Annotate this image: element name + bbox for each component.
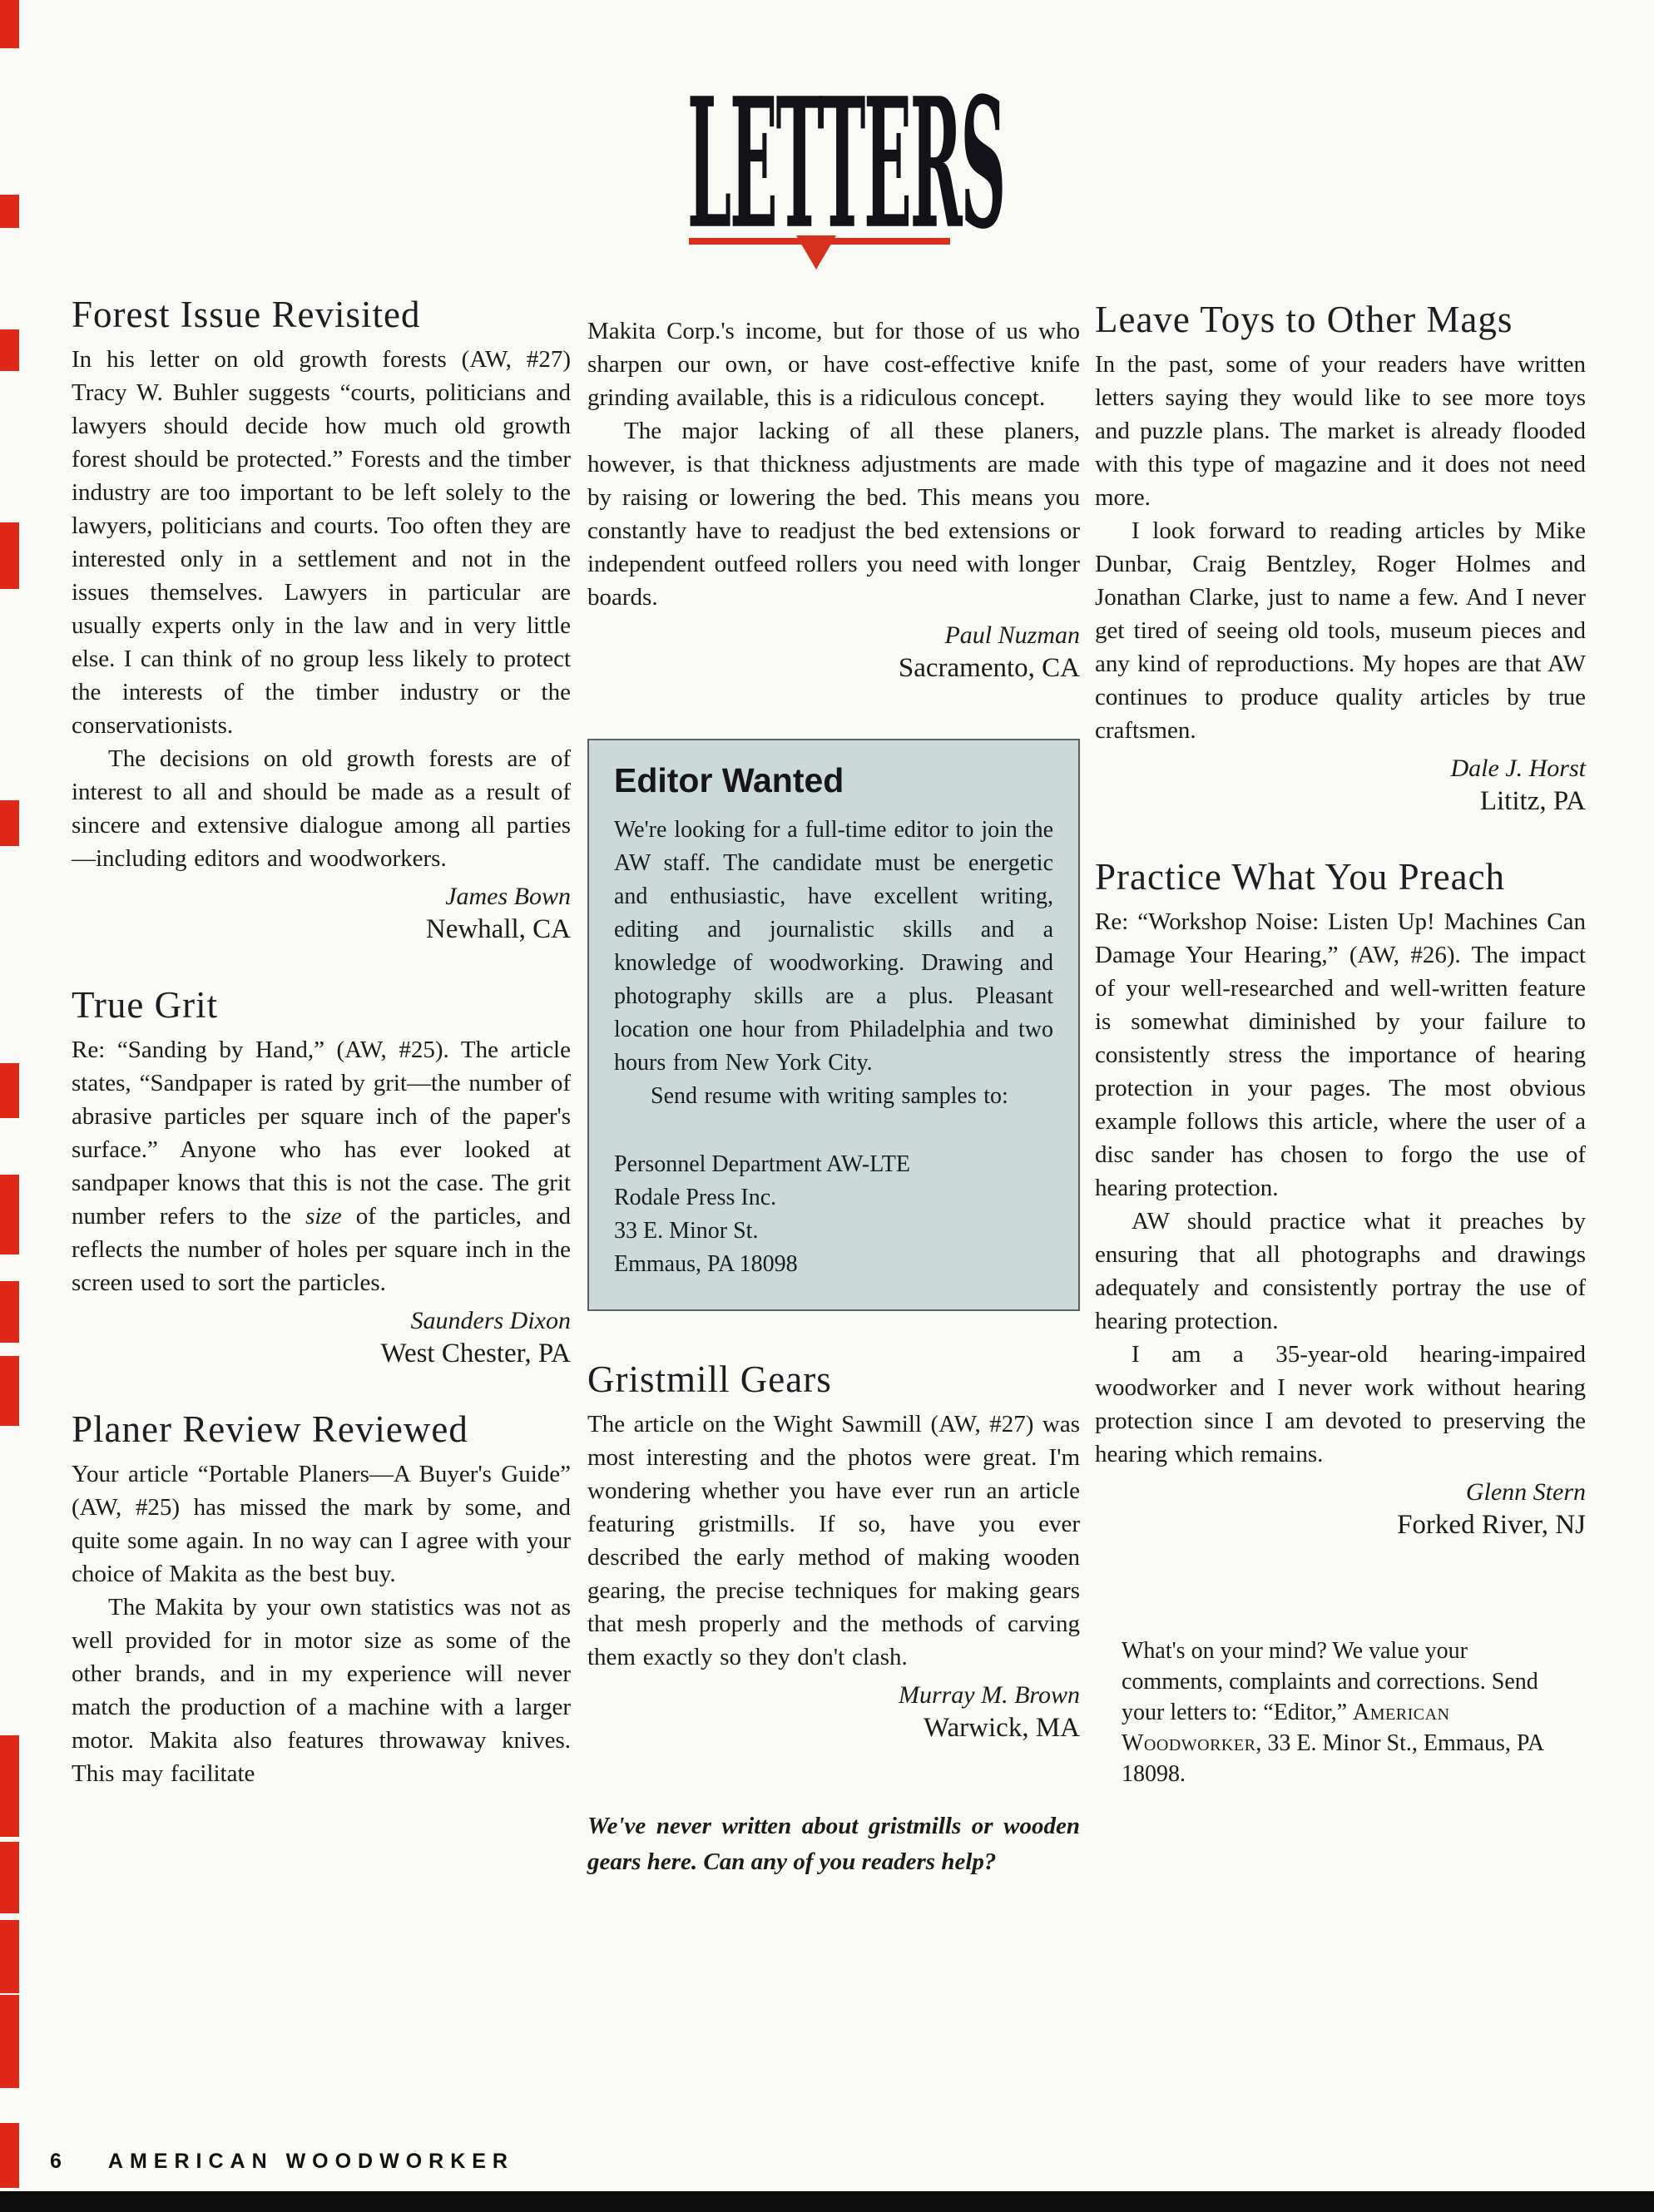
letter-paragraph: The decisions on old growth forests are … [72,742,571,875]
letter-paragraph: Your article “Portable Planers—A Buyer's… [72,1457,571,1591]
letter-signature: Glenn Stern Forked River, NJ [1095,1477,1586,1542]
masthead-rule [689,238,950,245]
bottom-scan-bar [0,2191,1654,2212]
letter-paragraph: I am a 35-year-old hearing-impaired wood… [1095,1338,1586,1471]
address-line: Emmaus, PA 18098 [614,1248,1053,1281]
red-edge-mark [0,1175,19,1254]
editor-wanted-address: Personnel Department AW-LTE Rodale Press… [614,1148,1053,1281]
down-triangle-icon [796,235,836,270]
magazine-name: AMERICAN WOODWORKER [108,2150,514,2173]
signature-name: Murray M. Brown [587,1680,1080,1710]
italic-word: size [305,1203,342,1230]
letter-paragraph: The Makita by your own statistics was no… [72,1591,571,1790]
red-edge-mark [0,0,19,48]
letter-signature: Dale J. Horst Lititz, PA [1095,754,1586,819]
editor-wanted-box: Editor Wanted We're looking for a full-t… [587,739,1080,1311]
address-line: Personnel Department AW-LTE [614,1148,1053,1181]
letter-signature: Paul Nuzman Sacramento, CA [587,621,1080,685]
letter-paragraph: Re: “Workshop Noise: Listen Up! Machines… [1095,905,1586,1205]
letter-practice-preach: Practice What You Preach Re: “Workshop N… [1095,855,1586,1542]
signature-city: Newhall, CA [72,912,571,947]
note-text: What's on your mind? We value your comme… [1122,1638,1538,1725]
signature-city: Forked River, NJ [1095,1507,1586,1542]
page-title: LETTERS [687,75,1004,254]
letter-paragraph: Makita Corp.'s income, but for those of … [587,314,1080,414]
letter-paragraph: The article on the Wight Sawmill (AW, #2… [587,1408,1080,1674]
red-edge-mark [0,800,19,846]
red-edge-mark [0,1735,19,1837]
red-edge-mark [0,2123,19,2188]
letter-leave-toys: Leave Toys to Other Mags In the past, so… [1095,298,1586,819]
letter-signature: Murray M. Brown Warwick, MA [587,1680,1080,1745]
letter-gristmill-gears: Gristmill Gears The article on the Wight… [587,1358,1080,1880]
letter-planer-review: Planer Review Reviewed Your article “Por… [72,1408,571,1790]
signature-name: Paul Nuzman [587,621,1080,651]
page-number: 6 [50,2150,68,2173]
letter-paragraph: Re: “Sanding by Hand,” (AW, #25). The ar… [72,1033,571,1299]
editor-wanted-paragraph: Send resume with writing samples to: [614,1080,1053,1113]
red-edge-mark [0,195,19,228]
letter-paragraph: I look forward to reading articles by Mi… [1095,514,1586,747]
signature-name: Dale J. Horst [1095,754,1586,784]
letter-paragraph: In his letter on old growth forests (AW,… [72,343,571,742]
red-edge-mark [0,1356,19,1426]
letter-heading: Gristmill Gears [587,1358,1080,1401]
page-footer: 6AMERICAN WOODWORKER [50,2150,514,2174]
letter-heading: Forest Issue Revisited [72,293,571,336]
red-edge-mark [0,1920,19,1993]
send-letters-note: What's on your mind? We value your comme… [1122,1635,1546,1789]
letter-heading: Leave Toys to Other Mags [1095,298,1586,341]
red-edge-mark [0,1842,19,1913]
red-edge-mark [0,1995,19,2088]
column-2: Makita Corp.'s income, but for those of … [587,314,1080,1904]
letter-paragraph: AW should practice what it preaches by e… [1095,1205,1586,1338]
letter-paragraph: The major lacking of all these planers, … [587,414,1080,614]
signature-city: West Chester, PA [72,1336,571,1371]
signature-name: James Bown [72,882,571,912]
letter-heading: True Grit [72,983,571,1027]
column-3: Leave Toys to Other Mags In the past, so… [1095,298,1586,1789]
red-edge-mark [0,329,19,371]
paragraph-text: Re: “Sanding by Hand,” (AW, #25). The ar… [72,1037,571,1230]
signature-name: Glenn Stern [1095,1477,1586,1507]
editors-reply-note: We've never written about gristmills or … [587,1809,1080,1880]
letter-paragraph: In the past, some of your readers have w… [1095,348,1586,514]
signature-city: Lititz, PA [1095,784,1586,819]
editor-wanted-paragraph: We're looking for a full-time editor to … [614,814,1053,1080]
red-edge-mark [0,1063,19,1118]
signature-city: Warwick, MA [587,1710,1080,1745]
red-edge-mark [0,1281,19,1343]
column-1: Forest Issue Revisited In his letter on … [72,293,571,1827]
letter-heading: Planer Review Reviewed [72,1408,571,1451]
signature-city: Sacramento, CA [587,651,1080,685]
signature-name: Saunders Dixon [72,1306,571,1336]
editor-wanted-heading: Editor Wanted [614,760,1053,800]
letter-signature: James Bown Newhall, CA [72,882,571,947]
address-line: 33 E. Minor St. [614,1215,1053,1248]
letter-signature: Saunders Dixon West Chester, PA [72,1306,571,1371]
letter-forest-issue: Forest Issue Revisited In his letter on … [72,293,571,947]
letter-heading: Practice What You Preach [1095,855,1586,898]
letter-planer-continuation: Makita Corp.'s income, but for those of … [587,314,1080,685]
letter-true-grit: True Grit Re: “Sanding by Hand,” (AW, #2… [72,983,571,1371]
address-line: Rodale Press Inc. [614,1181,1053,1215]
red-edge-mark [0,522,19,589]
